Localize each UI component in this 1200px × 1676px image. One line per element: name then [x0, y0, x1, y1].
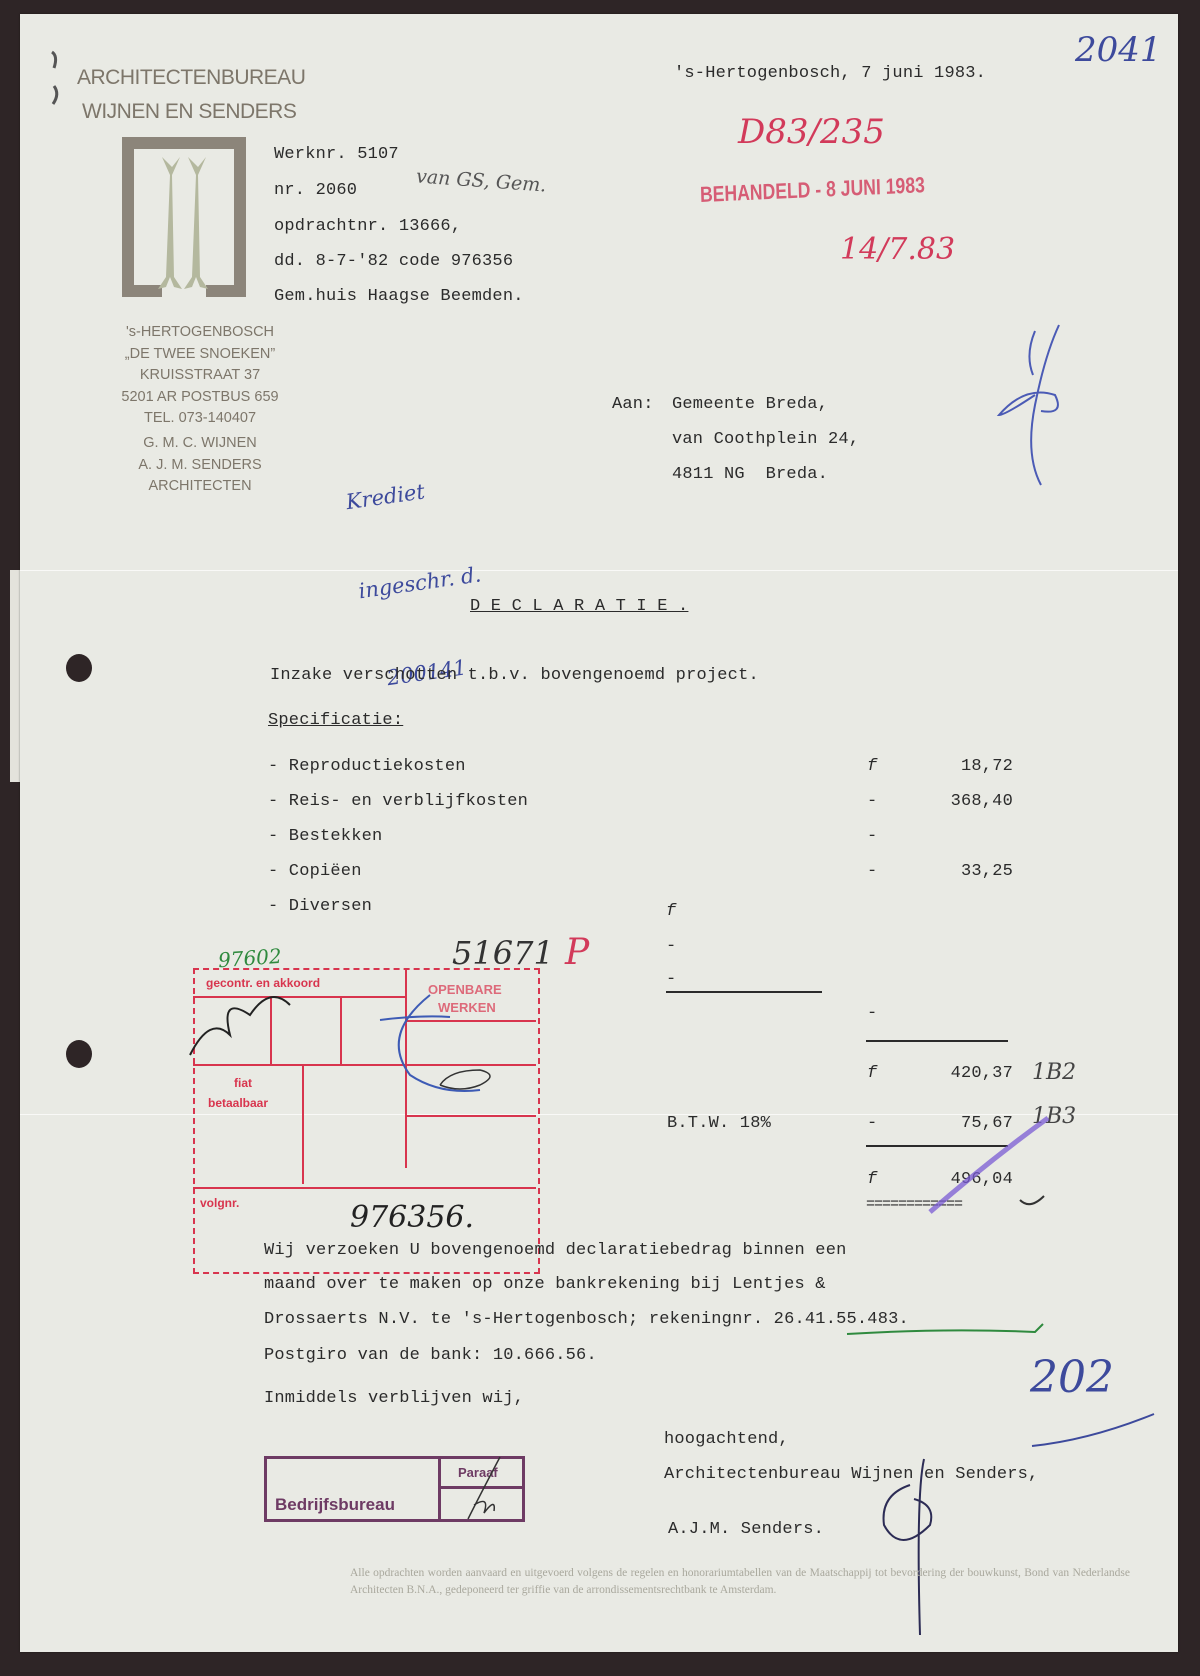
totals-rule — [866, 1040, 1008, 1042]
total-note-1: 1B2 — [1032, 1060, 1076, 1085]
bedrijfsbureau-label: Bedrijfsbureau — [275, 1495, 395, 1515]
stamp-number: 51671 — [452, 934, 554, 972]
specification-heading: Specificatie: — [268, 711, 403, 730]
project-name: Gem.huis Haagse Beemden. — [274, 287, 524, 306]
document-title: D E C L A R A T I E . — [470, 597, 688, 616]
stamp-divider — [193, 1187, 536, 1189]
item-sign: f — [867, 757, 877, 776]
diversen-sub-2: - — [666, 970, 676, 989]
stamp-letter: P — [565, 932, 589, 973]
item-label: - Copiëen — [268, 862, 362, 881]
sender-address: 's-HERTOGENBOSCH „DE TWEE SNOEKEN” KRUIS… — [110, 322, 290, 430]
recipient-label: Aan: — [612, 395, 654, 414]
address-city: 's-HERTOGENBOSCH — [110, 322, 290, 344]
closing-line: Inmiddels verblijven wij, — [264, 1389, 524, 1408]
item-label: - Reis- en verblijfkosten — [268, 792, 528, 811]
punch-hole — [66, 654, 92, 682]
two-pikes-logo-icon — [122, 137, 246, 297]
signature — [870, 1455, 950, 1655]
signature-mark — [995, 315, 1085, 495]
total-sign: f — [867, 1170, 877, 1189]
recipient-line-1: Gemeente Breda, — [672, 395, 828, 414]
nr: nr. 2060 — [274, 181, 357, 200]
diversen-sign: f — [666, 902, 676, 921]
address-building: „DE TWEE SNOEKEN” — [110, 344, 290, 366]
body-line-4: Postgiro van de bank: 10.666.56. — [264, 1346, 597, 1365]
opdrachtnr: opdrachtnr. 13666, — [274, 217, 461, 236]
item-sign: - — [867, 827, 877, 846]
green-underline — [845, 1322, 1045, 1342]
handled-date: 14/7.83 — [840, 232, 955, 267]
fold-line — [20, 570, 1178, 571]
totals-sign: - — [867, 1004, 877, 1023]
closing-greeting: hoogachtend, — [664, 1430, 789, 1449]
body-line-2: maand over te maken op onze bankrekening… — [264, 1275, 826, 1294]
item-label: - Diversen — [268, 897, 372, 916]
vat-sign: - — [867, 1114, 877, 1133]
item-amount: 368,40 — [880, 792, 1013, 811]
date-code: dd. 8-7-'82 code 976356 — [274, 252, 513, 271]
stamp-divider — [438, 1456, 441, 1522]
legal-footer: Alle opdrachten worden aanvaard en uitge… — [350, 1565, 1130, 1599]
item-amount: 33,25 — [880, 862, 1013, 881]
recipient-line-3: 4811 NG Breda. — [672, 465, 828, 484]
blue-stroke — [1030, 1410, 1160, 1450]
intro-text: Inzake verschotten t.b.v. bovengenoemd p… — [270, 666, 759, 685]
item-label: - Bestekken — [268, 827, 382, 846]
item-sign: - — [867, 792, 877, 811]
item-amount: 18,72 — [880, 757, 1013, 776]
architects-label: ARCHITECTEN — [110, 476, 290, 498]
vat-label: B.T.W. 18% — [667, 1114, 771, 1133]
green-number: 97602 — [217, 944, 282, 972]
address-postbus: 5201 AR POSTBUS 659 — [110, 387, 290, 409]
architect-2: A. J. M. SENDERS — [110, 455, 290, 477]
krediet-line-2: ingeschr. d. — [357, 559, 483, 606]
stamp-label-volgnr: volgnr. — [200, 1196, 239, 1210]
firm-name-line1: ARCHITECTENBUREAU — [77, 66, 305, 90]
body-line-1: Wij verzoeken U bovengenoemd declaratieb… — [264, 1241, 847, 1260]
address-phone: TEL. 073-140407 — [110, 408, 290, 430]
stamp-divider — [405, 1115, 536, 1117]
firm-name-line2: WIJNEN EN SENDERS — [82, 100, 296, 124]
address-street: KRUISSTRAAT 37 — [110, 365, 290, 387]
body-line-3: Drossaerts N.V. te 's-Hertogenbosch; rek… — [264, 1310, 909, 1329]
punch-hole — [66, 1040, 92, 1068]
diversen-sub-1: - — [666, 937, 676, 956]
krediet-line-1: Krediet — [344, 470, 470, 517]
dossier-reference: D83/235 — [738, 112, 885, 152]
signatory-name: A.J.M. Senders. — [668, 1520, 824, 1539]
architect-1: G. M. C. WIJNEN — [110, 433, 290, 455]
handwritten-number-bottom: 202 — [1030, 1352, 1114, 1403]
item-label: - Reproductiekosten — [268, 757, 466, 776]
sub-rule — [666, 991, 822, 993]
paraaf-initials — [460, 1455, 510, 1525]
highlighter-stroke — [920, 1100, 1060, 1220]
werknr: Werknr. 5107 — [274, 145, 399, 164]
staple-icon — [48, 48, 64, 108]
volgnr-value: 976356. — [350, 1200, 474, 1235]
handwritten-number-top: 2041 — [1075, 30, 1162, 70]
item-sign: - — [867, 862, 877, 881]
subtotal-amount: 420,37 — [880, 1064, 1013, 1083]
closing-firm: Architectenbureau Wijnen en Senders, — [664, 1465, 1038, 1484]
recipient-line-2: van Coothplein 24, — [672, 430, 859, 449]
subtotal-sign: f — [867, 1064, 877, 1083]
place-date: 's-Hertogenbosch, 7 juni 1983. — [674, 64, 986, 83]
handwritten-marks — [180, 975, 560, 1115]
architect-names: G. M. C. WIJNEN A. J. M. SENDERS ARCHITE… — [110, 433, 290, 498]
